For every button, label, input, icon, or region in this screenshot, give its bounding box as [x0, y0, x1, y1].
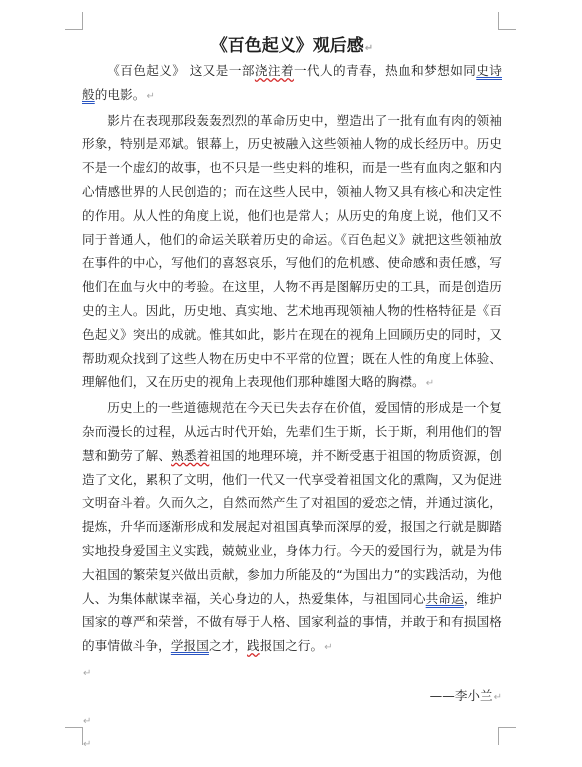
- margin-corner-top-left: [65, 12, 83, 30]
- paragraph-mark-icon: ↵: [365, 43, 373, 54]
- paragraph-mark-icon: ↵: [324, 642, 332, 653]
- text-run: 祖国的地理环境，并不断受惠于祖国的物质资源，创造了文化，累积了文明，他们一代又一…: [82, 448, 502, 606]
- text-run: 的电影。: [95, 87, 146, 102]
- paragraph-mark-icon: ↵: [83, 739, 91, 750]
- empty-paragraph[interactable]: ↵: [82, 731, 502, 755]
- text-run: 报国之行。: [260, 638, 323, 653]
- document-title[interactable]: 《百色起义》观后感↵: [82, 33, 502, 59]
- signature-text: ——李小兰: [430, 688, 493, 703]
- paragraph-mark-icon: ↵: [426, 378, 434, 389]
- empty-paragraph[interactable]: ↵: [82, 708, 502, 732]
- paragraph-mark-icon: ↵: [83, 668, 91, 679]
- spelling-error-text[interactable]: 践: [247, 638, 260, 653]
- text-run: 一代人的青春，热血和梦想如同: [294, 63, 476, 78]
- text-run: 《百色起义》 这又是一部: [107, 63, 255, 78]
- document-page[interactable]: 《百色起义》观后感↵ 《百色起义》 这又是一部浇注着一代人的青春，热血和梦想如同…: [82, 33, 502, 755]
- text-run: 之才，: [209, 638, 247, 653]
- paragraph-mark-icon: ↵: [146, 91, 154, 102]
- paragraph-mark-icon: ↵: [494, 692, 502, 703]
- text-run: 影片在表现那段轰轰烈烈的革命历史中，塑造出了一批有血有肉的领袖形象，特别是邓斌。…: [82, 113, 502, 390]
- grammar-flag-text[interactable]: 共命运: [426, 591, 464, 606]
- grammar-flag-text[interactable]: 学报国: [171, 638, 209, 653]
- margin-corner-top-right: [498, 12, 516, 30]
- title-text: 《百色起义》观后感: [211, 36, 364, 56]
- spelling-error-text[interactable]: 熟悉着: [171, 448, 209, 463]
- spelling-error-text[interactable]: 浇注着: [255, 63, 294, 78]
- paragraph-2[interactable]: 影片在表现那段轰轰烈烈的革命历史中，塑造出了一批有血有肉的领袖形象，特别是邓斌。…: [82, 109, 502, 397]
- empty-paragraph[interactable]: ↵: [82, 660, 502, 684]
- margin-corner-bottom-left: [65, 727, 83, 745]
- paragraph-mark-icon: ↵: [83, 716, 91, 727]
- paragraph-1[interactable]: 《百色起义》 这又是一部浇注着一代人的青春，热血和梦想如同史诗般的电影。↵: [82, 59, 502, 109]
- signature[interactable]: ——李小兰↵: [82, 684, 502, 708]
- paragraph-3[interactable]: 历史上的一些道德规范在今天已失去存在价值，爱国情的形成是一个复杂而漫长的过程，从…: [82, 396, 502, 660]
